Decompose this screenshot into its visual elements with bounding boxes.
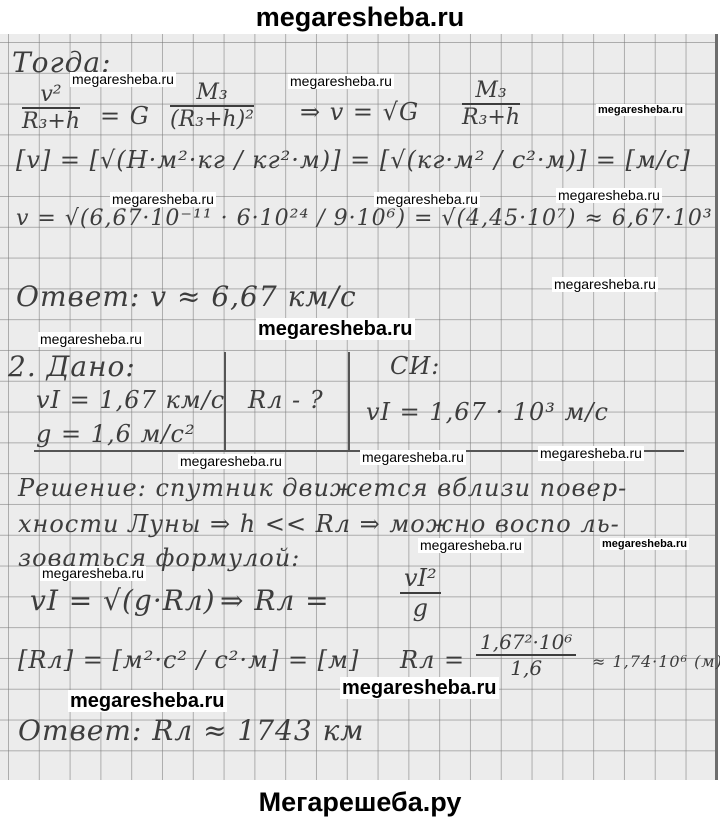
si-v: vI = 1,67 · 10³ м/с xyxy=(366,398,609,426)
watermark: megaresheba.ru xyxy=(600,538,689,550)
watermark: megaresheba.ru xyxy=(552,277,658,292)
watermark: megaresheba.ru xyxy=(360,450,466,465)
given-divider xyxy=(224,352,226,450)
answer-1: Ответ: v ≈ 6,67 км/с xyxy=(16,280,357,313)
given-label: 2. Дано: xyxy=(8,350,136,383)
answer-2: Ответ: Rл ≈ 1743 км xyxy=(18,714,365,747)
watermark: megaresheba.ru xyxy=(556,188,662,203)
si-divider xyxy=(348,352,350,450)
given-g: g = 1,6 м/с² xyxy=(36,420,196,448)
watermark: megaresheba.ru xyxy=(418,538,524,553)
watermark: megaresheba.ru xyxy=(68,690,227,712)
eq1-implies: ⇒ v = √G xyxy=(300,98,419,126)
watermark: megaresheba.ru xyxy=(110,192,216,207)
eq1-mid-fraction: M₃ (R₃+h)² xyxy=(170,80,254,132)
watermark: megaresheba.ru xyxy=(178,454,284,469)
given-v: vI = 1,67 км/с xyxy=(36,386,225,414)
calc2-result: ≈ 1,74·10⁶ (м) xyxy=(592,652,720,671)
units-line: [v] = [√(Н·м²·кг / кг²·м)] = [√(кг·м² / … xyxy=(16,146,691,174)
solution-line-2: хности Луны ⇒ h << Rл ⇒ можно воспо ль- xyxy=(18,510,620,538)
calc2-fraction: 1,67²·10⁶ 1,6 xyxy=(476,630,576,680)
watermark: megaresheba.ru xyxy=(256,318,415,340)
watermark: megaresheba.ru xyxy=(288,74,394,89)
site-title-top: megaresheba.ru xyxy=(0,0,720,34)
watermark: megaresheba.ru xyxy=(70,72,176,87)
calc2-left: Rл = xyxy=(400,646,465,674)
calc-line: v = √(6,67·10⁻¹¹ · 6·10²⁴ / 9·10⁶) = √(4… xyxy=(16,206,720,231)
find-value: Rл - ? xyxy=(248,386,324,414)
notebook-page: Тогда: v² R₃+h = G M₃ (R₃+h)² ⇒ v = √G M… xyxy=(0,34,718,780)
formula-left: vI = √(g·Rл) xyxy=(30,584,216,617)
si-label: СИ: xyxy=(390,352,440,380)
formula-fraction: vI² g xyxy=(400,564,441,622)
watermark: megaresheba.ru xyxy=(40,566,146,581)
solution-line-1: Решение: спутник движется вблизи повер- xyxy=(18,474,627,502)
site-title-bottom: Мегарешеба.ру xyxy=(0,782,720,822)
watermark: megaresheba.ru xyxy=(374,192,480,207)
units-line-2: [Rл] = [м²·с² / с²·м] = [м] xyxy=(18,646,359,674)
formula-implies: ⇒ Rл = xyxy=(220,584,330,617)
eq1-right-fraction: M₃ R₃+h xyxy=(462,78,520,130)
eq1-left-fraction: v² R₃+h xyxy=(22,82,80,134)
watermark: megaresheba.ru xyxy=(38,332,144,347)
watermark: megaresheba.ru xyxy=(538,446,644,461)
watermark: megaresheba.ru xyxy=(340,677,499,699)
watermark: megaresheba.ru xyxy=(596,104,685,116)
eq1-mid: = G xyxy=(100,102,150,130)
